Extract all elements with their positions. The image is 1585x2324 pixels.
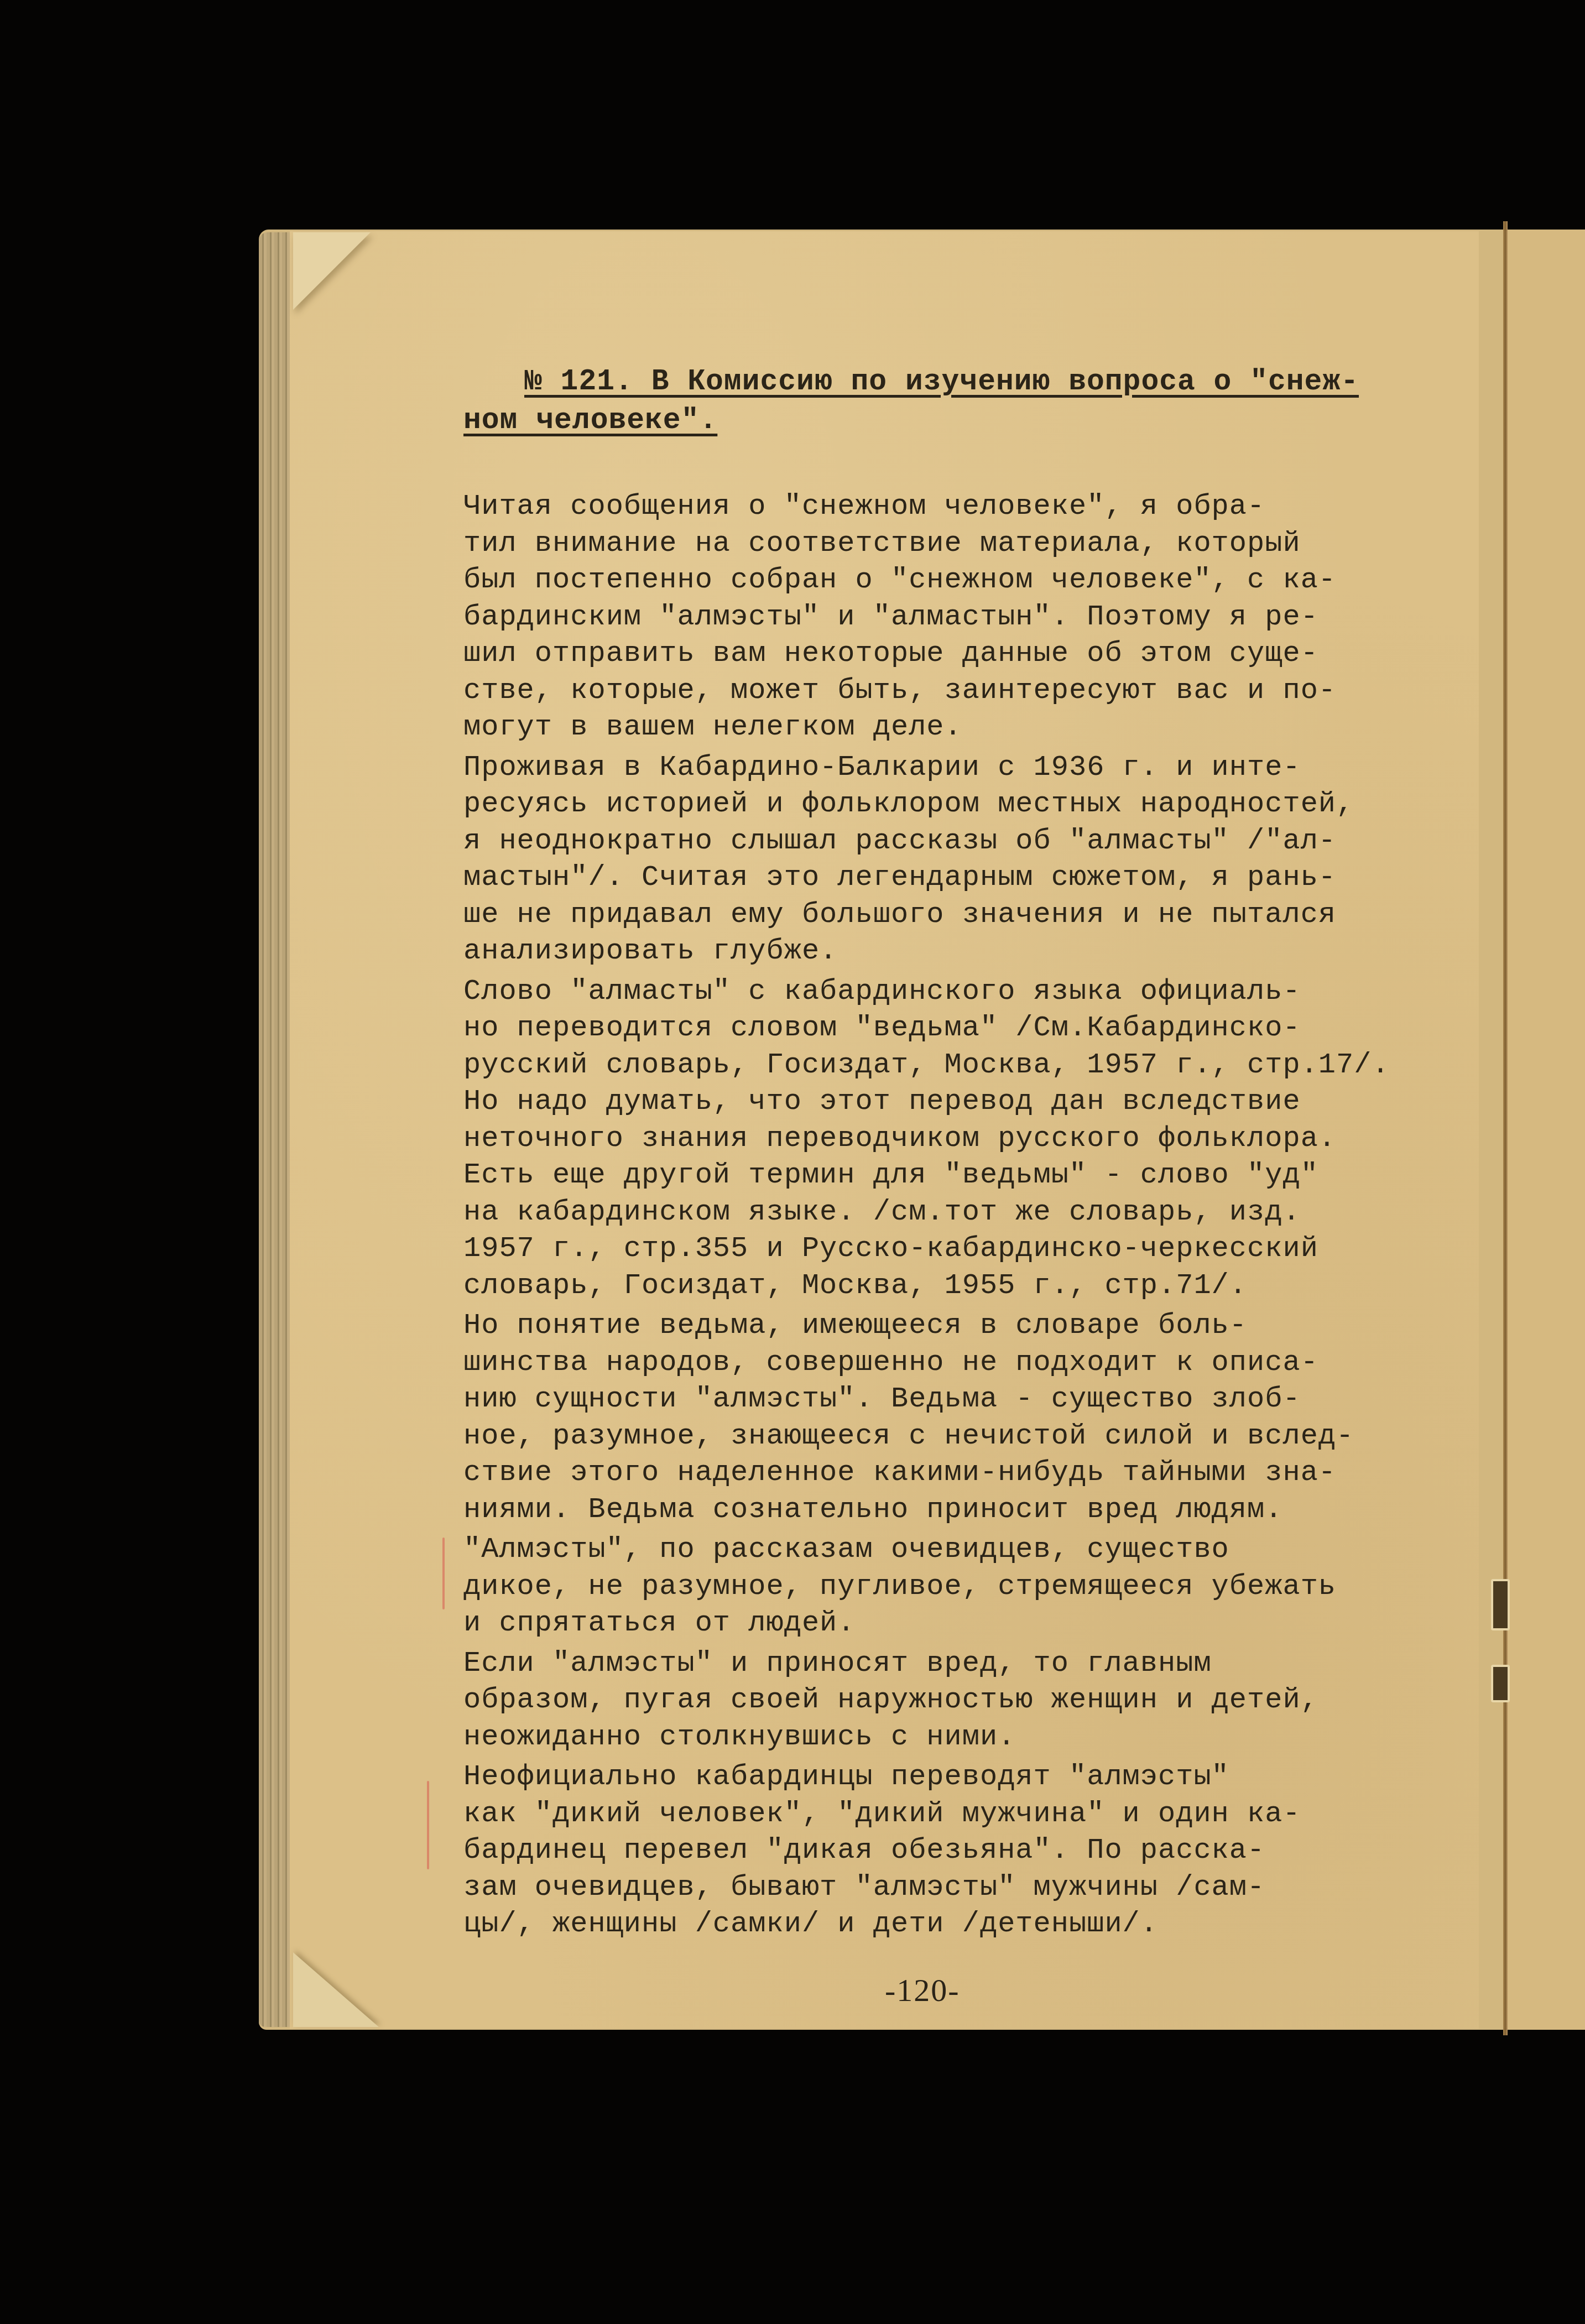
paragraph: Неофициально кабардинцы переводят "алмэс… [463, 1759, 1415, 1943]
staple-top [1491, 1579, 1510, 1630]
paragraph: Если "алмэсты" и приносят вред, то главн… [463, 1645, 1415, 1756]
paragraph: Но понятие ведьма, имеющееся в словаре б… [463, 1307, 1415, 1528]
folded-corner-bottom [293, 1952, 379, 2027]
document-heading: № 121. В Комиссию по изучению вопроса о … [463, 362, 1415, 440]
folded-corner-top [293, 232, 371, 310]
paragraph: "Алмэсты", по рассказам очевидцев, сущес… [463, 1531, 1415, 1642]
document-text: № 121. В Комиссию по изучению вопроса о … [463, 362, 1415, 1943]
staple-bottom [1491, 1665, 1510, 1702]
page-number: -120- [885, 1972, 960, 2009]
paragraph: Читая сообщения о "снежном человеке", я … [463, 488, 1415, 746]
heading-line-1: № 121. В Комиссию по изучению вопроса о … [463, 362, 1415, 401]
paragraph: Слово "алмасты" с кабардинского языка оф… [463, 973, 1415, 1305]
paragraph: Проживая в Кабардино-Балкарии с 1936 г. … [463, 749, 1415, 970]
page-edges [259, 232, 291, 2027]
pencil-margin-mark [442, 1538, 445, 1609]
pencil-margin-mark [427, 1781, 429, 1869]
facing-page-edge [1508, 230, 1585, 2030]
book-gutter [1503, 221, 1508, 2035]
heading-line-2: ном человеке". [463, 404, 717, 437]
